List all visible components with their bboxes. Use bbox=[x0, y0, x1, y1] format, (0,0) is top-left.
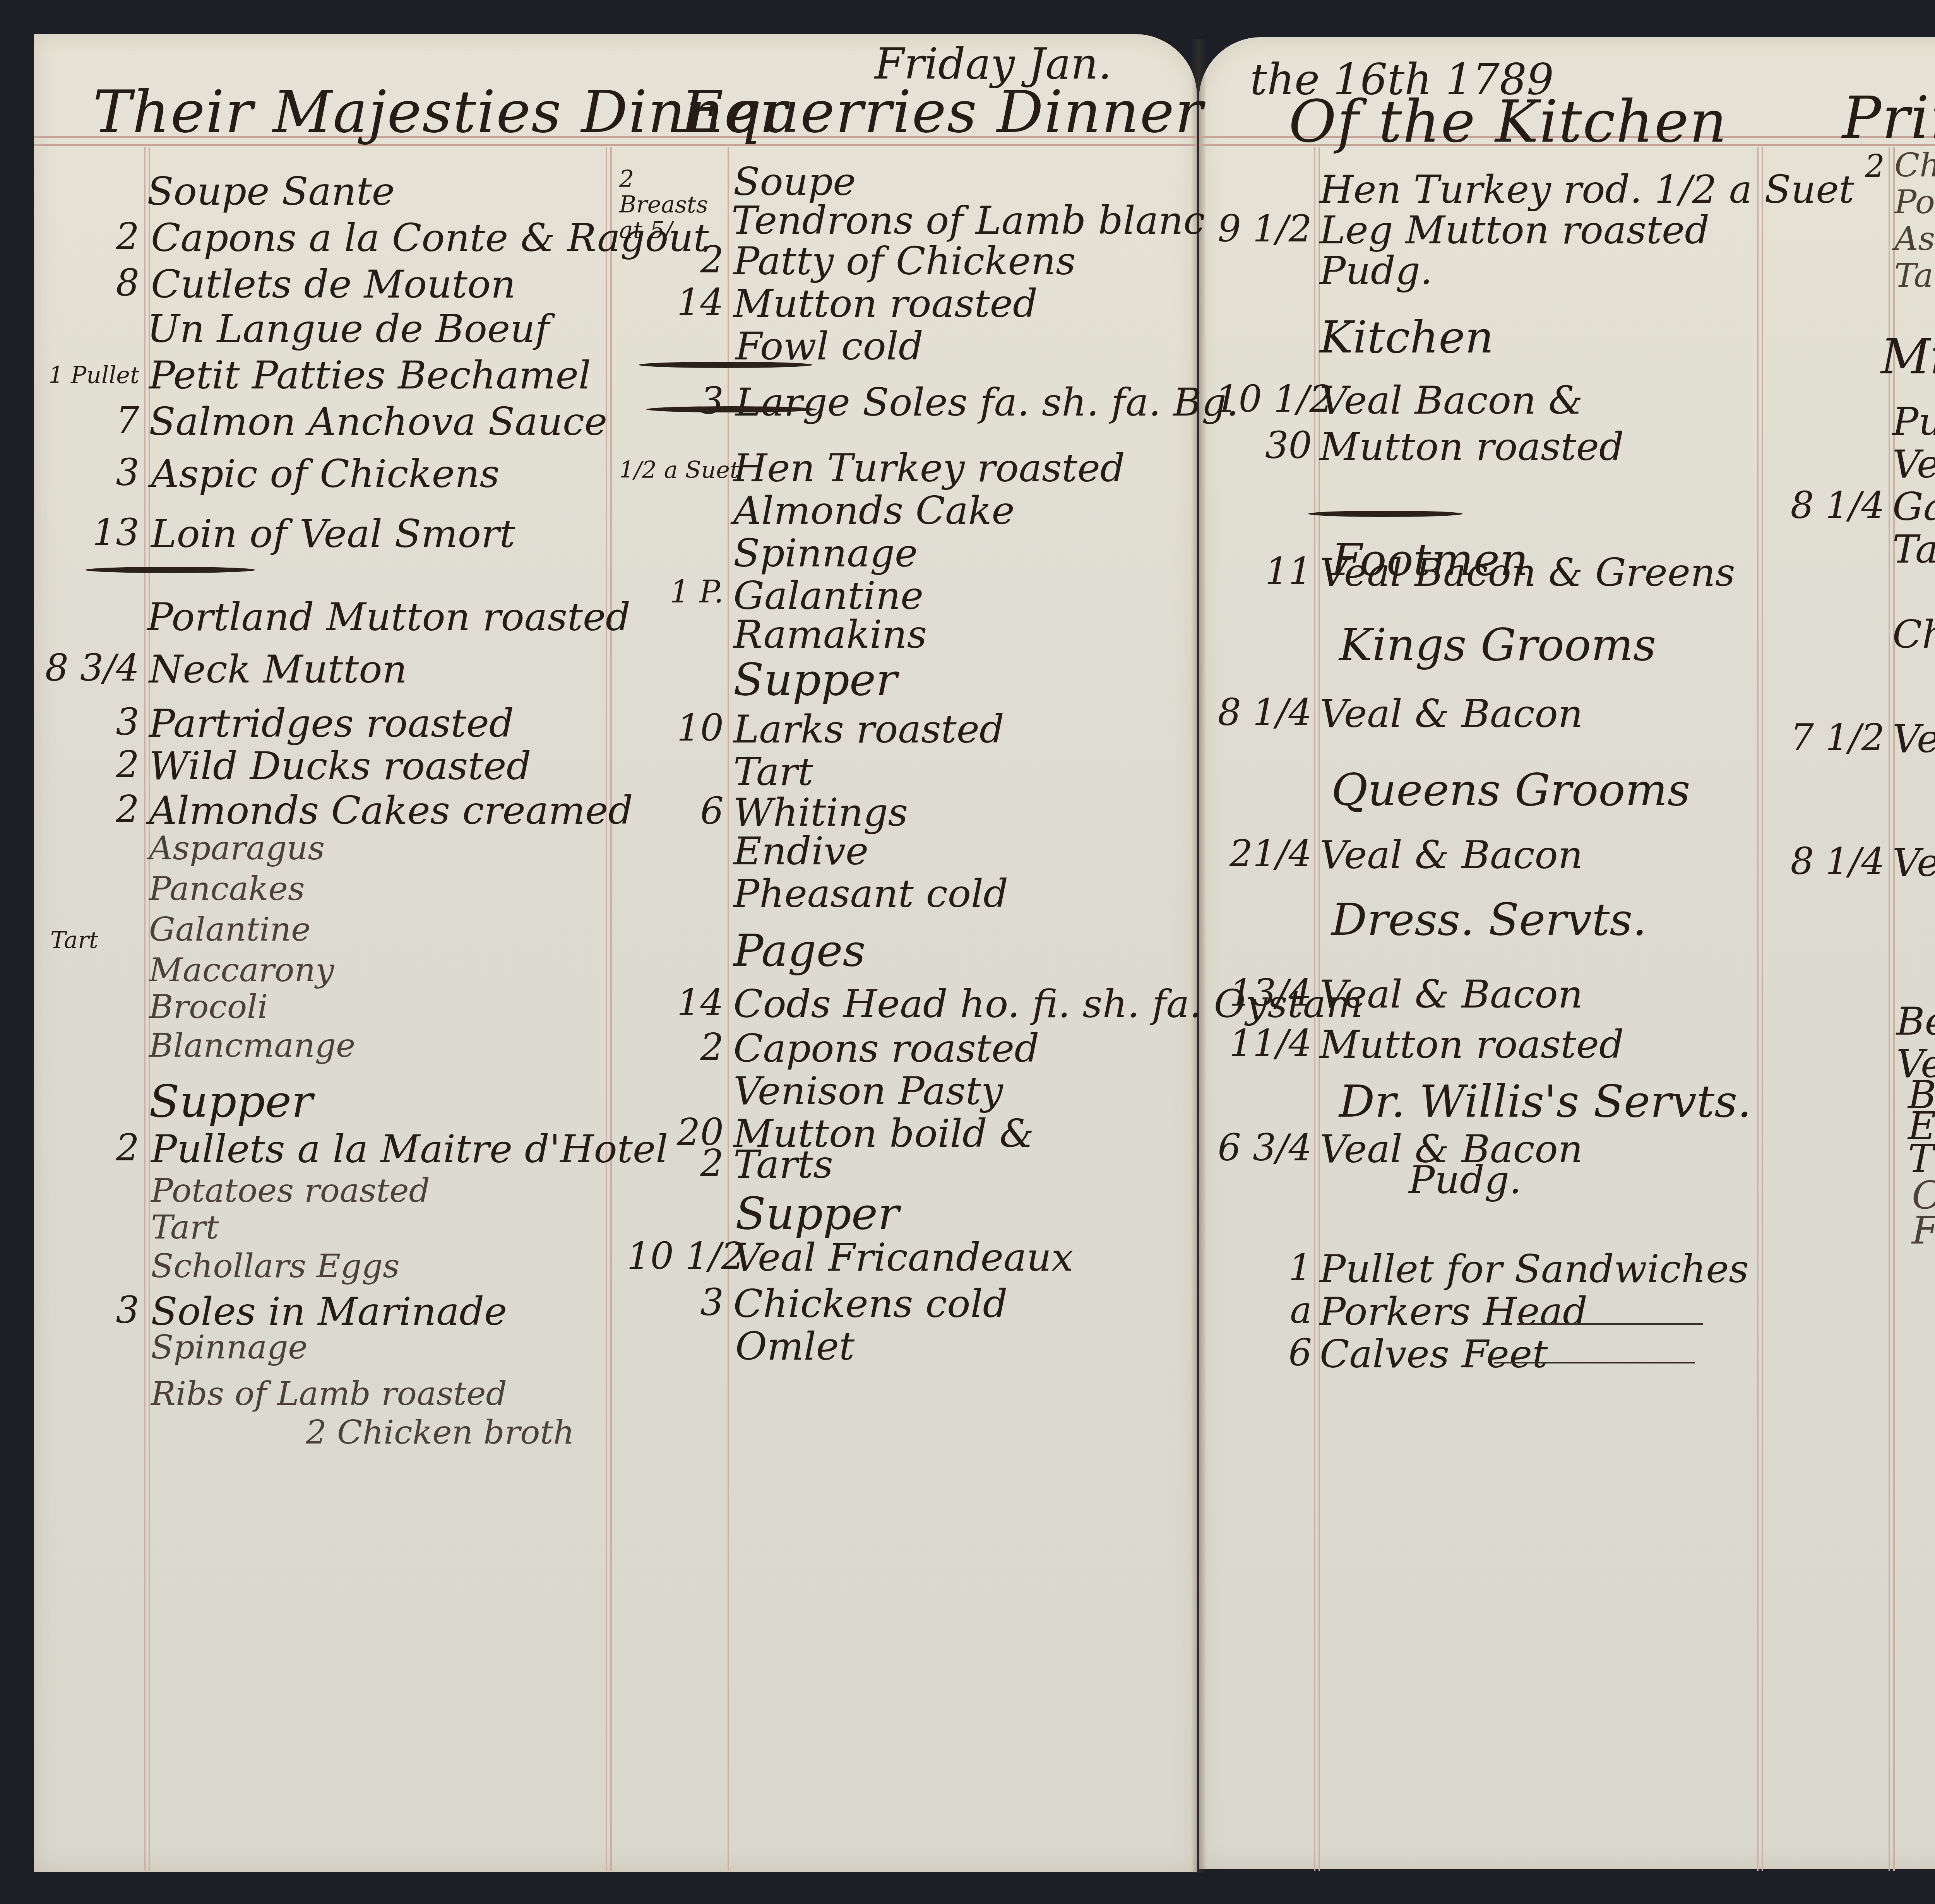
entry-text: Hen Turkey rod. 1/2 a Suet bbox=[1320, 170, 1855, 209]
entry-qty: 14 bbox=[627, 985, 724, 1021]
entry-text: 2 Chicken broth bbox=[306, 1416, 574, 1449]
entry-qty: 11 bbox=[1215, 553, 1312, 590]
entry-text: Large Soles fa. sh. fa. Bg. bbox=[735, 383, 1239, 422]
entry-qty: 13 bbox=[43, 515, 139, 551]
entry-qty: 6 bbox=[1215, 1335, 1312, 1372]
section-heading: Kings Grooms bbox=[1339, 623, 1656, 667]
entry-text: Pullet roasted bbox=[1892, 402, 1935, 441]
entry-text: Maccarony bbox=[149, 954, 334, 987]
entry-text: Schollars Eggs bbox=[151, 1250, 400, 1283]
entry-text: Partridges roasted bbox=[149, 704, 514, 743]
entry-text: Cutlets de Mouton bbox=[151, 265, 515, 304]
entry-text: Blancmange bbox=[149, 1029, 355, 1062]
entry-qty: 9 1/2 bbox=[1215, 211, 1312, 248]
entry-text: Pudg. bbox=[1409, 1161, 1522, 1199]
entry-text: Hen Turkey roasted bbox=[733, 449, 1125, 488]
entry-qty: 2 bbox=[43, 219, 139, 255]
section-heading: Miss Goldsworthy bbox=[1881, 333, 1935, 381]
entry-qty: 3 bbox=[43, 704, 139, 741]
entry-text: Pheasant cold bbox=[733, 874, 1008, 913]
section-heading: Dress. Servts. bbox=[1331, 898, 1647, 942]
separator-stroke bbox=[646, 406, 817, 412]
entry-qty: 1 P. bbox=[627, 577, 724, 607]
column-title: Equerries Dinner bbox=[681, 83, 1204, 141]
entry-qty: 3 bbox=[627, 383, 724, 420]
entry-qty: 2 bbox=[43, 747, 139, 783]
entry-text: Galantine bbox=[733, 577, 923, 615]
entry-qty: 10 1/2 bbox=[627, 1238, 724, 1275]
entry-qty: 2 bbox=[627, 1029, 724, 1066]
entry-qty: 10 1/2 bbox=[1215, 381, 1312, 418]
section-heading: Supper bbox=[733, 658, 897, 702]
section-heading: Pages bbox=[733, 929, 865, 973]
entry-text: Venison Pasty bbox=[733, 1072, 1003, 1110]
entry-qty: 2 bbox=[1788, 151, 1885, 182]
entry-text: Pullet for Sandwiches bbox=[1320, 1250, 1749, 1288]
entry-text: Tarts bbox=[733, 1145, 833, 1184]
entry-qty: 8 bbox=[43, 265, 139, 302]
ingredient-name: Treble Sugar bbox=[1908, 1139, 1935, 1178]
entry-text: Chicken boild bbox=[1894, 149, 1935, 182]
entry-text: Fowl cold bbox=[735, 327, 923, 366]
entry-qty: 1 Pullet bbox=[43, 364, 139, 387]
column-rule bbox=[1762, 147, 1763, 1871]
entry-qty: 10 bbox=[627, 710, 724, 747]
entry-text: Chicken cold bbox=[1892, 615, 1935, 654]
entry-qty: 3 bbox=[43, 1292, 139, 1329]
entry-text: Soles in Marinade bbox=[151, 1292, 507, 1331]
entry-qty: 6 bbox=[627, 793, 724, 830]
entry-text: Salmon Anchova Sauce bbox=[149, 402, 607, 441]
entry-text: Capons roasted bbox=[733, 1029, 1039, 1068]
entry-text: Galantine bbox=[149, 913, 311, 946]
entry-text: Potatoes roasted bbox=[151, 1174, 430, 1207]
entry-text: Portland Mutton roasted bbox=[147, 598, 630, 636]
margin-rule bbox=[144, 147, 146, 1871]
entry-qty: 8 1/4 bbox=[1215, 695, 1312, 731]
entry-text: Omlet bbox=[735, 1327, 854, 1366]
entry-text: Asparagus bbox=[149, 832, 325, 865]
entry-qty: 1/2 a Suet bbox=[619, 458, 739, 482]
entry-qty: 8 1/4 bbox=[1788, 488, 1885, 524]
entry-text: Veal rod. & Bacon bbox=[1892, 843, 1935, 882]
entry-text: Veal roasted bbox=[1892, 720, 1935, 758]
entry-qty: 7 bbox=[43, 402, 139, 439]
entry-qty: 3 bbox=[627, 1285, 724, 1321]
entry-text: Calves Feet bbox=[1320, 1335, 1548, 1374]
margin-note: Tart bbox=[50, 929, 98, 952]
entry-qty: 2 Breasts at 5/ bbox=[619, 166, 728, 243]
section-heading: Supper bbox=[149, 1079, 313, 1124]
entry-qty: 7 1/2 bbox=[1788, 720, 1885, 756]
entry-text: Mutton roasted bbox=[1320, 428, 1624, 466]
entry-text: Veal Bacon & bbox=[1320, 381, 1583, 420]
column-title: Princess's Dinner bbox=[1842, 89, 1935, 147]
entry-text: Veal Bacon & Greens bbox=[1320, 553, 1735, 592]
entry-qty: 2 bbox=[627, 242, 724, 279]
entry-text: Larks roasted bbox=[733, 710, 1004, 749]
entry-text: Neck Mutton bbox=[149, 650, 407, 689]
column-rule bbox=[610, 147, 612, 1871]
right-page bbox=[1199, 37, 1935, 1869]
entry-text: Tart bbox=[151, 1211, 219, 1244]
ingredient-name: Flour bbox=[1912, 1211, 1935, 1250]
margin-rule bbox=[728, 147, 729, 1871]
book-gutter bbox=[1191, 39, 1207, 1873]
section-heading: Queens Grooms bbox=[1331, 768, 1690, 813]
entry-text: Un Langue de Boeuf bbox=[147, 310, 550, 348]
entry-text: Almonds Cakes creamed bbox=[149, 791, 633, 830]
entry-text: Petit Patties Bechamel bbox=[149, 356, 591, 395]
entry-text: Pudg. bbox=[1320, 251, 1433, 290]
entry-text: Aspic of Chickens bbox=[151, 455, 500, 493]
dash-line bbox=[1494, 1362, 1695, 1363]
entry-text: Soupe Sante bbox=[147, 172, 395, 211]
entry-text: Wild Ducks roasted bbox=[149, 747, 531, 785]
entry-text: Tart bbox=[1894, 259, 1935, 292]
entry-qty: 2 bbox=[43, 791, 139, 828]
entry-qty: 21/4 bbox=[1215, 836, 1312, 872]
entry-text: Asparagus bbox=[1894, 222, 1935, 255]
separator-stroke bbox=[639, 362, 813, 368]
entry-text: Ramakins bbox=[733, 615, 927, 654]
entry-qty: 11/4 bbox=[1215, 1025, 1312, 1062]
entry-qty: 8 3/4 bbox=[43, 650, 139, 687]
dash-line bbox=[1517, 1323, 1703, 1325]
date-line: Friday Jan. bbox=[875, 43, 1112, 85]
entry-text: Veal & Bacon bbox=[1320, 836, 1583, 874]
entry-text: Ribs of Lamb roasted bbox=[151, 1377, 507, 1410]
entry-qty: a bbox=[1215, 1292, 1312, 1329]
entry-text: Leg Mutton roasted bbox=[1320, 211, 1709, 250]
separator-stroke bbox=[1308, 511, 1463, 517]
entry-text: Pancakes bbox=[149, 872, 305, 905]
entry-text: Porkers Head bbox=[1320, 1292, 1587, 1331]
entry-qty: 6 3/4 bbox=[1215, 1130, 1312, 1167]
entry-text: Spinnage bbox=[151, 1331, 308, 1364]
entry-text: Venison roasted bbox=[1892, 445, 1935, 484]
entry-text: Endive bbox=[733, 832, 868, 871]
section-heading: Supper bbox=[735, 1192, 899, 1236]
entry-qty: 1 bbox=[1215, 1250, 1312, 1286]
ingredient-name: Beef bbox=[1896, 1002, 1935, 1041]
entry-text: Veal Fricandeaux bbox=[733, 1238, 1073, 1277]
entry-text: Brocoli bbox=[149, 990, 268, 1023]
entry-text: Veal & Bacon bbox=[1320, 975, 1583, 1014]
column-title: Of the Kitchen bbox=[1289, 93, 1728, 151]
entry-text: Mutton roasted bbox=[1320, 1025, 1624, 1064]
entry-qty: 2 bbox=[43, 1130, 139, 1167]
entry-text: Whitings bbox=[733, 793, 908, 832]
entry-text: Tart bbox=[1892, 530, 1935, 569]
section-heading: Kitchen bbox=[1320, 315, 1494, 360]
column-rule bbox=[1757, 147, 1759, 1871]
entry-text: Loin of Veal Smort bbox=[151, 515, 515, 553]
separator-stroke bbox=[85, 567, 255, 573]
section-heading: Dr. Willis's Servts. bbox=[1339, 1079, 1752, 1124]
entry-text: Tendrons of Lamb blanc bbox=[731, 201, 1205, 240]
entry-qty: 13/4 bbox=[1215, 975, 1312, 1012]
entry-text: Patty of Chickens bbox=[733, 242, 1075, 281]
entry-qty: 14 bbox=[627, 284, 724, 321]
entry-text: Galimaufre of Mutton bbox=[1892, 488, 1935, 526]
entry-qty: 3 bbox=[43, 455, 139, 491]
entry-qty: 8 1/4 bbox=[1788, 843, 1885, 880]
entry-text: Chickens cold bbox=[733, 1285, 1007, 1323]
entry-text: Veal & Bacon bbox=[1320, 695, 1583, 733]
entry-qty: 2 bbox=[627, 1145, 724, 1182]
entry-text: Pullets a la Maitre d'Hotel bbox=[151, 1130, 668, 1168]
margin-rule bbox=[1889, 147, 1890, 1871]
entry-text: Soupe bbox=[733, 163, 856, 201]
entry-text: Tart bbox=[733, 753, 813, 791]
entry-text: Spinnage bbox=[733, 534, 918, 573]
entry-qty: 30 bbox=[1215, 428, 1312, 464]
entry-text: Almonds Cake bbox=[733, 491, 1015, 530]
entry-text: Mutton roasted bbox=[733, 284, 1038, 323]
entry-text: Potatoes bbox=[1894, 186, 1935, 219]
